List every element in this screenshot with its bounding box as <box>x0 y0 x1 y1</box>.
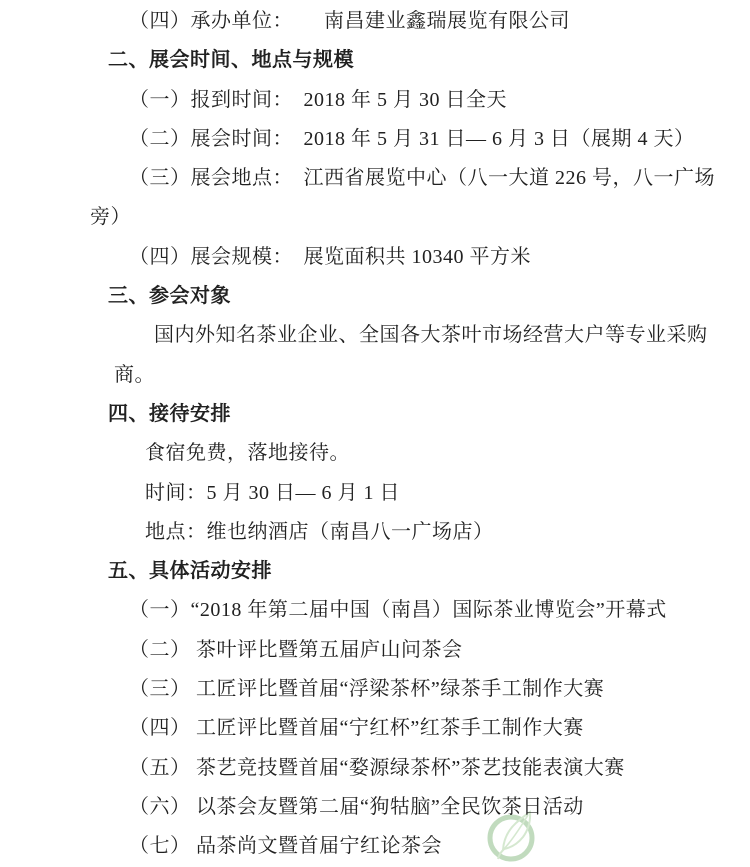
document-body: （四）承办单位： 南昌建业鑫瑞展览有限公司二、展会时间、地点与规模（一）报到时间… <box>0 0 750 867</box>
text-line: （四） 工匠评比暨首届“宁红杯”红茶手工制作大赛 <box>129 709 750 748</box>
text-line: 旁） <box>90 198 750 237</box>
text-line: （七） 品茶尚文暨首届宁红论茶会 <box>129 827 750 866</box>
text-line: 食宿免费，落地接待。 <box>145 434 750 473</box>
text-line: （一）“2018 年第二届中国（南昌）国际茶业博览会”开幕式 <box>129 591 750 630</box>
text-line: （四）承办单位： 南昌建业鑫瑞展览有限公司 <box>129 2 750 41</box>
section-heading: 三、参会对象 <box>108 277 750 316</box>
text-line: 国内外知名茶业企业、全国各大茶叶市场经营大户等专业采购 <box>154 316 750 355</box>
text-line: （二）展会时间： 2018 年 5 月 31 日— 6 月 3 日（展期 4 天… <box>129 120 750 159</box>
text-line: （三） 工匠评比暨首届“浮梁茶杯”绿茶手工制作大赛 <box>129 670 750 709</box>
text-line: （六） 以茶会友暨第二届“狗牯脑”全民饮茶日活动 <box>129 788 750 827</box>
section-heading: 五、具体活动安排 <box>108 552 750 591</box>
text-line: 商。 <box>114 356 750 395</box>
text-line: （四）展会规模： 展览面积共 10340 平方米 <box>129 238 750 277</box>
section-heading: 四、接待安排 <box>108 395 750 434</box>
text-line: （一）报到时间： 2018 年 5 月 30 日全天 <box>129 81 750 120</box>
text-line: （二） 茶叶评比暨第五届庐山问茶会 <box>129 631 750 670</box>
text-line: （五） 茶艺竞技暨首届“婺源绿茶杯”茶艺技能表演大赛 <box>129 749 750 788</box>
text-line: 地点：维也纳酒店（南昌八一广场店） <box>145 513 750 552</box>
document-page: （四）承办单位： 南昌建业鑫瑞展览有限公司二、展会时间、地点与规模（一）报到时间… <box>0 0 750 867</box>
section-heading: 二、展会时间、地点与规模 <box>108 41 750 80</box>
text-line: 时间：5 月 30 日— 6 月 1 日 <box>145 474 750 513</box>
text-line: （三）展会地点： 江西省展览中心（八一大道 226 号，八一广场 <box>129 159 750 198</box>
